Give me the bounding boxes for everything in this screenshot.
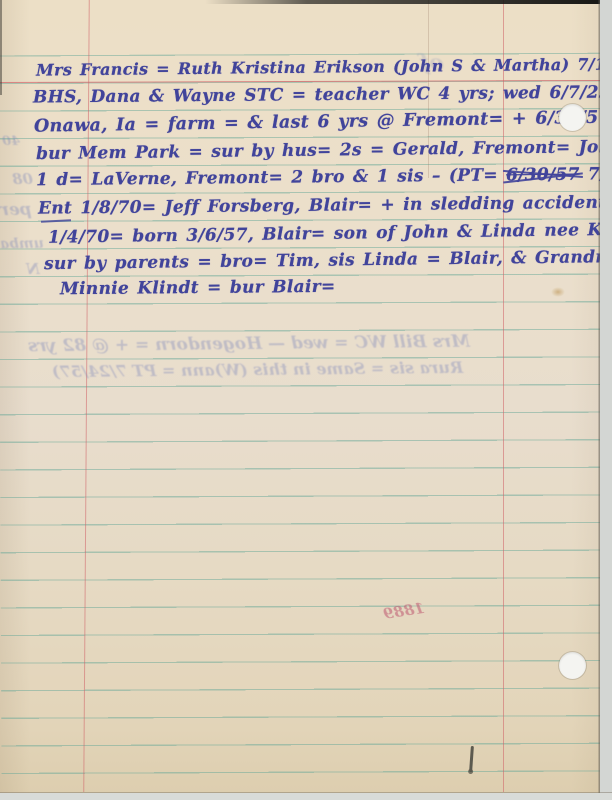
- scanner-edge-top: [205, 0, 612, 4]
- punch-hole-top: [559, 104, 586, 131]
- scanner-edge-left: [0, 0, 2, 95]
- bleedthrough-fragment: 40: [2, 134, 20, 149]
- bleedthrough-fragment: N: [26, 260, 40, 278]
- scanner-edge-right: [600, 0, 612, 800]
- bleedthrough-fragment: 08: [12, 170, 33, 188]
- paper-stain: [551, 287, 565, 297]
- ruled-lines: [0, 53, 606, 796]
- punch-hole-bottom: [559, 652, 586, 679]
- scanner-edge-bottom: [0, 793, 612, 800]
- scribbled-out-date: 6/30/57: [506, 165, 580, 186]
- bleedthrough-fragment: umba: [0, 236, 44, 252]
- bleedthrough-fragment: per: [0, 200, 32, 220]
- handwritten-line-9: Minnie Klindt = bur Blair=: [60, 277, 336, 299]
- scanned-document-page: Mrs Bill WC = wed — Hogendorn = + @ 82 y…: [0, 0, 612, 800]
